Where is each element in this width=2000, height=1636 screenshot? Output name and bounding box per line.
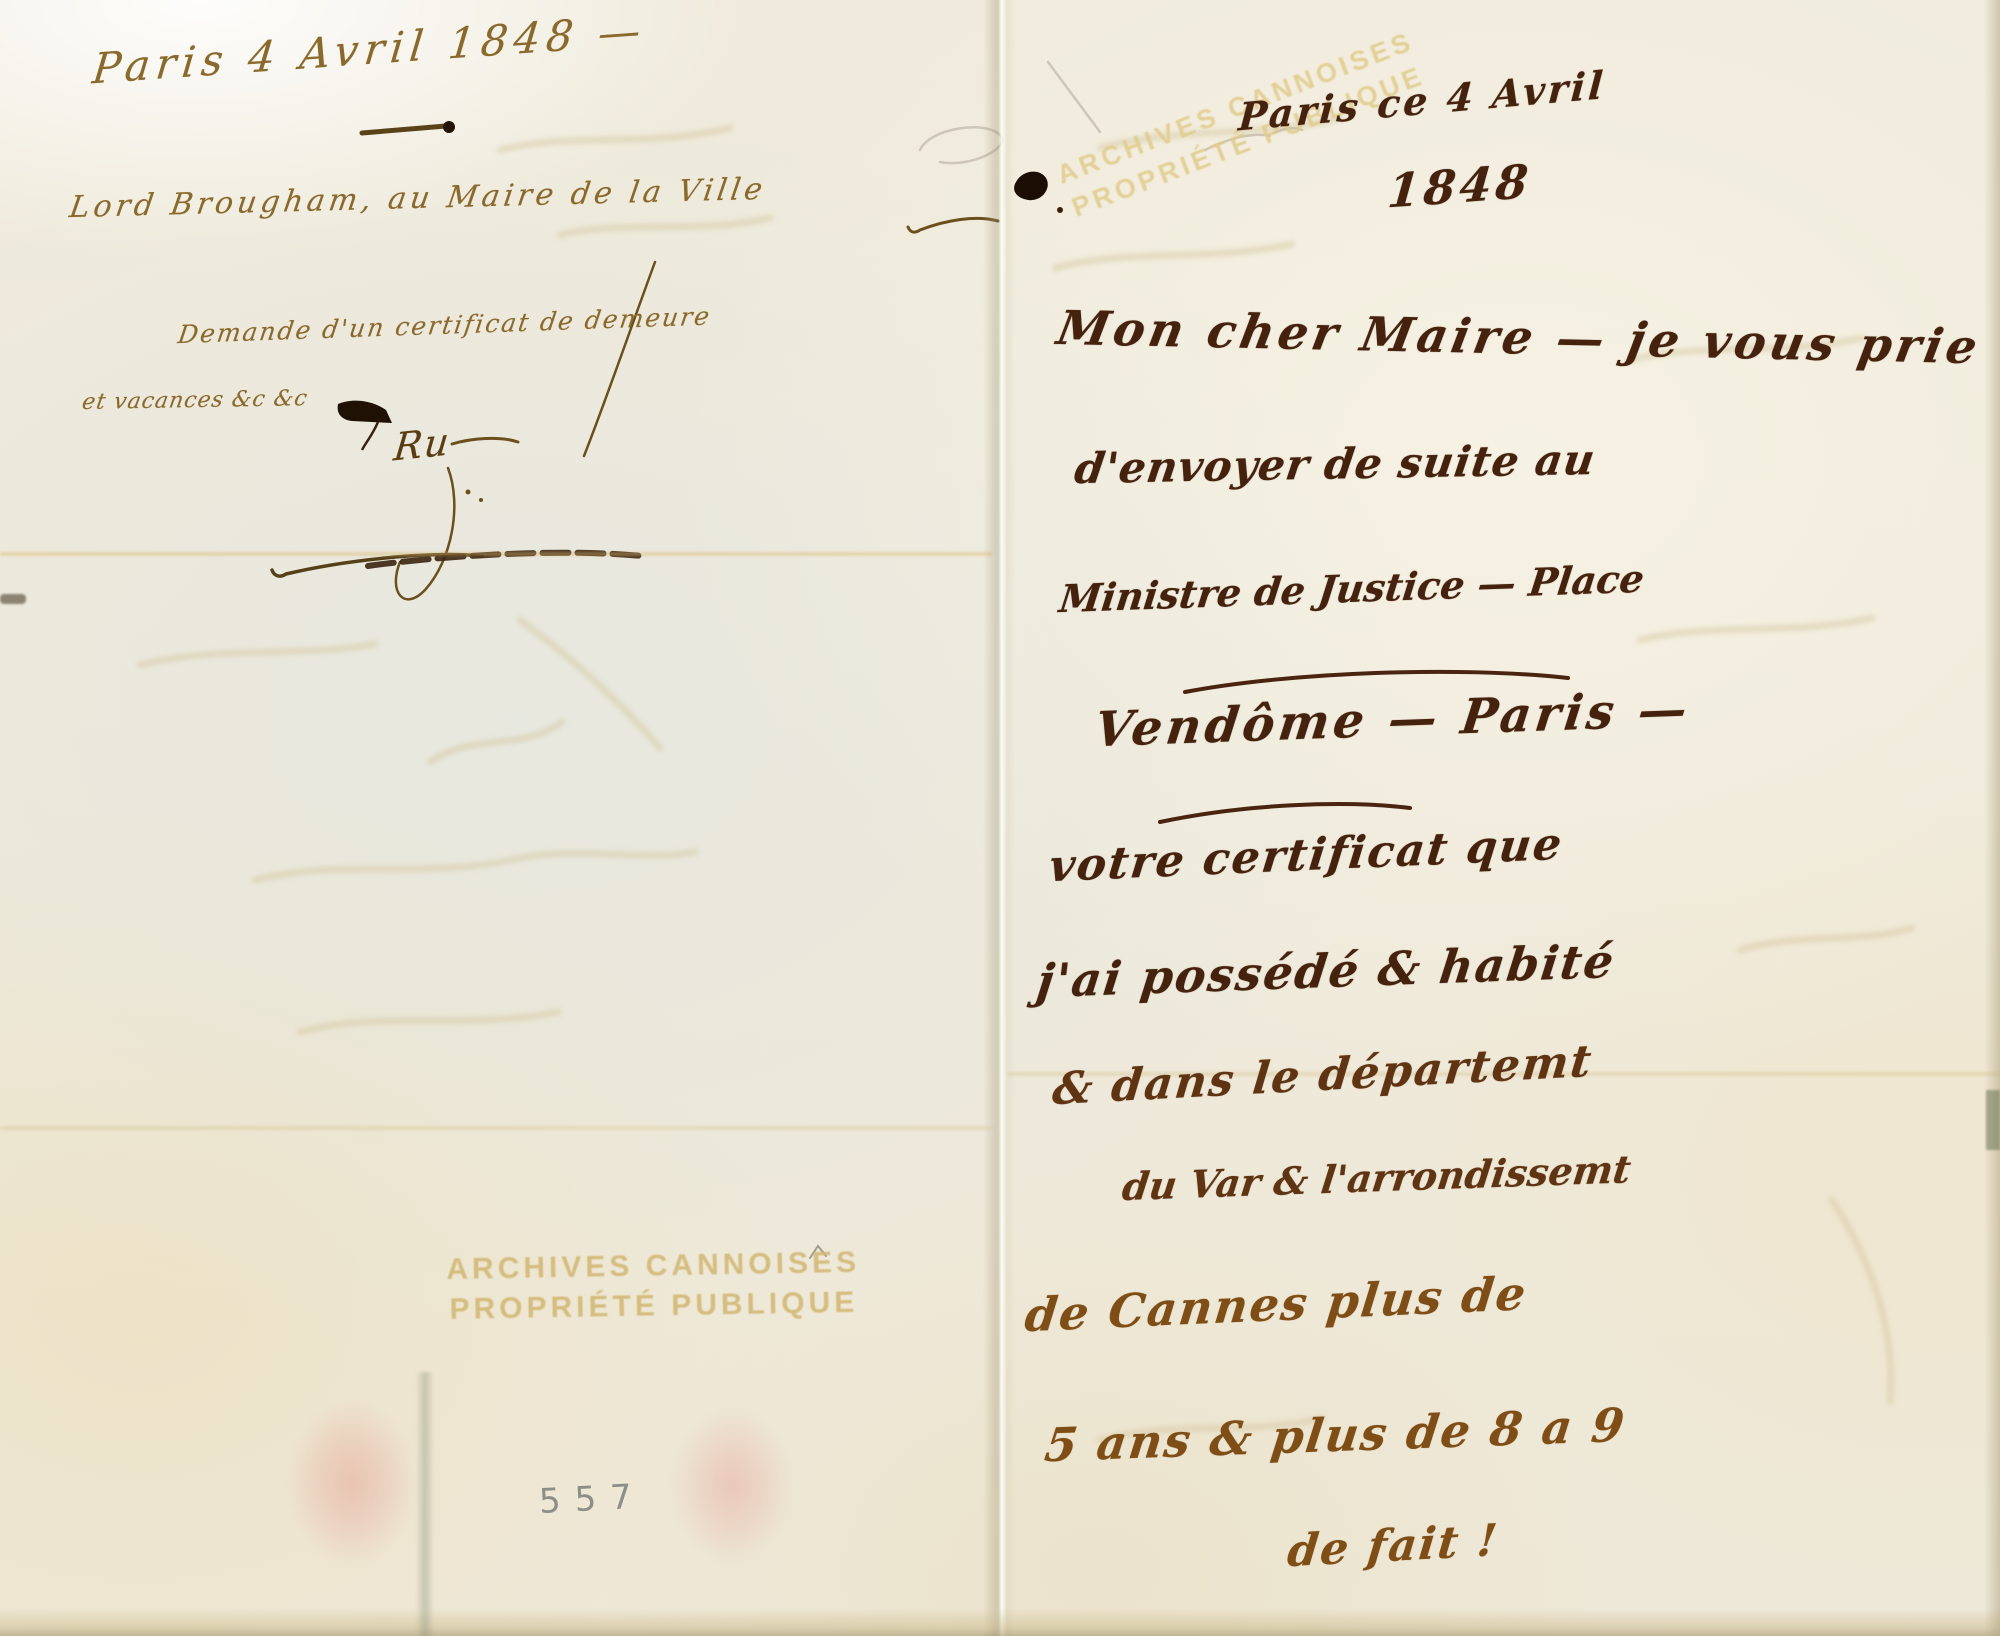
left-edge-speck — [0, 594, 26, 604]
center-fold-crease — [983, 0, 1015, 1636]
bottom-page-edge — [0, 1608, 2000, 1636]
body-line-8: du Var & l'arrondissemt — [1120, 1150, 1633, 1206]
body-line-3: Ministre de Justice — Place — [1057, 560, 1646, 619]
body-line-1: Mon cher Maire — je vous prie — [1054, 305, 1985, 371]
left-docket-line3: et vacances &c &c — [81, 388, 310, 414]
body-line-5: votre certificat que — [1047, 823, 1566, 890]
letter-scan: ARCHIVES CANNOISES PROPRIÉTÉ PUBLIQUE AR… — [0, 0, 2000, 1636]
left-paraph: Ru — [392, 422, 453, 467]
body-line-2: d'envoyer de suite au — [1072, 439, 1598, 490]
body-line-11: de fait ! — [1285, 1519, 1501, 1574]
left-docket-line1: Lord Brougham, au Maire de la Ville — [67, 175, 768, 223]
body-line-9: de Cannes plus de — [1023, 1270, 1530, 1338]
fold-ink-blot — [1014, 172, 1063, 213]
body-line-10: 5 ans & plus de 8 a 9 — [1042, 1402, 1628, 1469]
body-line-4: Vendôme — Paris — — [1092, 685, 1693, 754]
bottom-left-vertical-crease — [416, 1372, 434, 1636]
arrow-ink-blot — [338, 401, 392, 450]
fold-line-left-horizontal-2 — [0, 1126, 992, 1130]
pink-seal-left — [288, 1400, 416, 1566]
archive-stamp-bottom-left: ARCHIVES CANNOISES PROPRIÉTÉ PUBLIQUE — [446, 1243, 861, 1329]
fold-line-left-horizontal — [0, 552, 992, 556]
right-page-edge — [1984, 0, 2000, 1636]
pink-seal-right — [672, 1408, 792, 1564]
archive-stamp-line2: PROPRIÉTÉ PUBLIQUE — [447, 1282, 861, 1329]
pencil-number: 557 — [538, 1476, 647, 1522]
left-dateline: Paris 4 Avril 1848 — — [91, 9, 649, 90]
right-edge-dark-sliver — [1986, 1090, 2000, 1150]
left-docket-line2: Demande d'un certificat de demeure — [176, 303, 712, 347]
body-line-6: j'ai possédé & habité — [1034, 938, 1618, 1004]
archive-stamp-line1: ARCHIVES CANNOISES — [446, 1243, 860, 1290]
right-dateline-line2: 1848 — [1386, 158, 1534, 214]
body-line-7: & dans le départemt — [1050, 1040, 1595, 1113]
